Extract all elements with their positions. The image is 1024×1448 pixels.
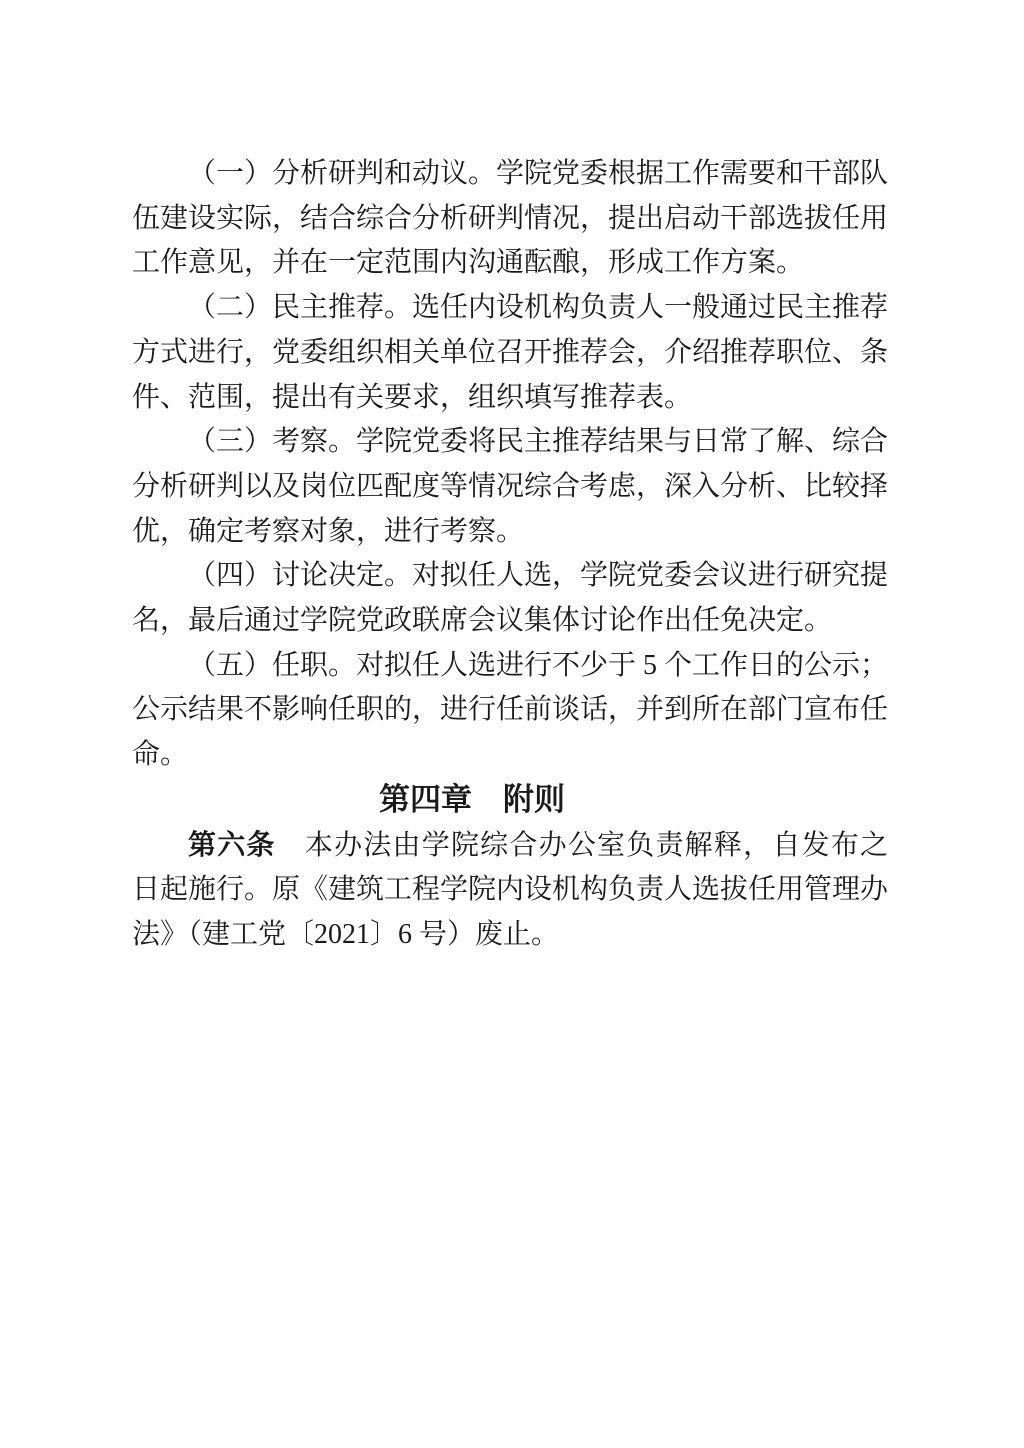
article-number-label: 第六条	[188, 829, 276, 860]
paragraph-item-5: （五）任职。对拟任人选进行不少于 5 个工作日的公示；公示结果不影响任职的，进行…	[132, 644, 888, 778]
paragraph-item-3: （三）考察。学院党委将民主推荐结果与日常了解、综合分析研判以及岗位匹配度等情况综…	[132, 420, 888, 554]
document-text-block: （一）分析研判和动议。学院党委根据工作需要和干部队伍建设实际，结合综合分析研判情…	[132, 152, 888, 958]
document-page: （一）分析研判和动议。学院党委根据工作需要和干部队伍建设实际，结合综合分析研判情…	[0, 0, 1024, 1448]
paragraph-item-4: （四）讨论决定。对拟任人选，学院党委会议进行研究提名，最后通过学院党政联席会议集…	[132, 554, 888, 643]
chapter-heading: 第四章 附则	[94, 778, 850, 823]
paragraph-item-2: （二）民主推荐。选任内设机构负责人一般通过民主推荐方式进行，党委组织相关单位召开…	[132, 286, 888, 420]
paragraph-item-1: （一）分析研判和动议。学院党委根据工作需要和干部队伍建设实际，结合综合分析研判情…	[132, 152, 888, 286]
article-paragraph: 第六条 本办法由学院综合办公室负责解释，自发布之日起施行。原《建筑工程学院内设机…	[132, 823, 888, 958]
